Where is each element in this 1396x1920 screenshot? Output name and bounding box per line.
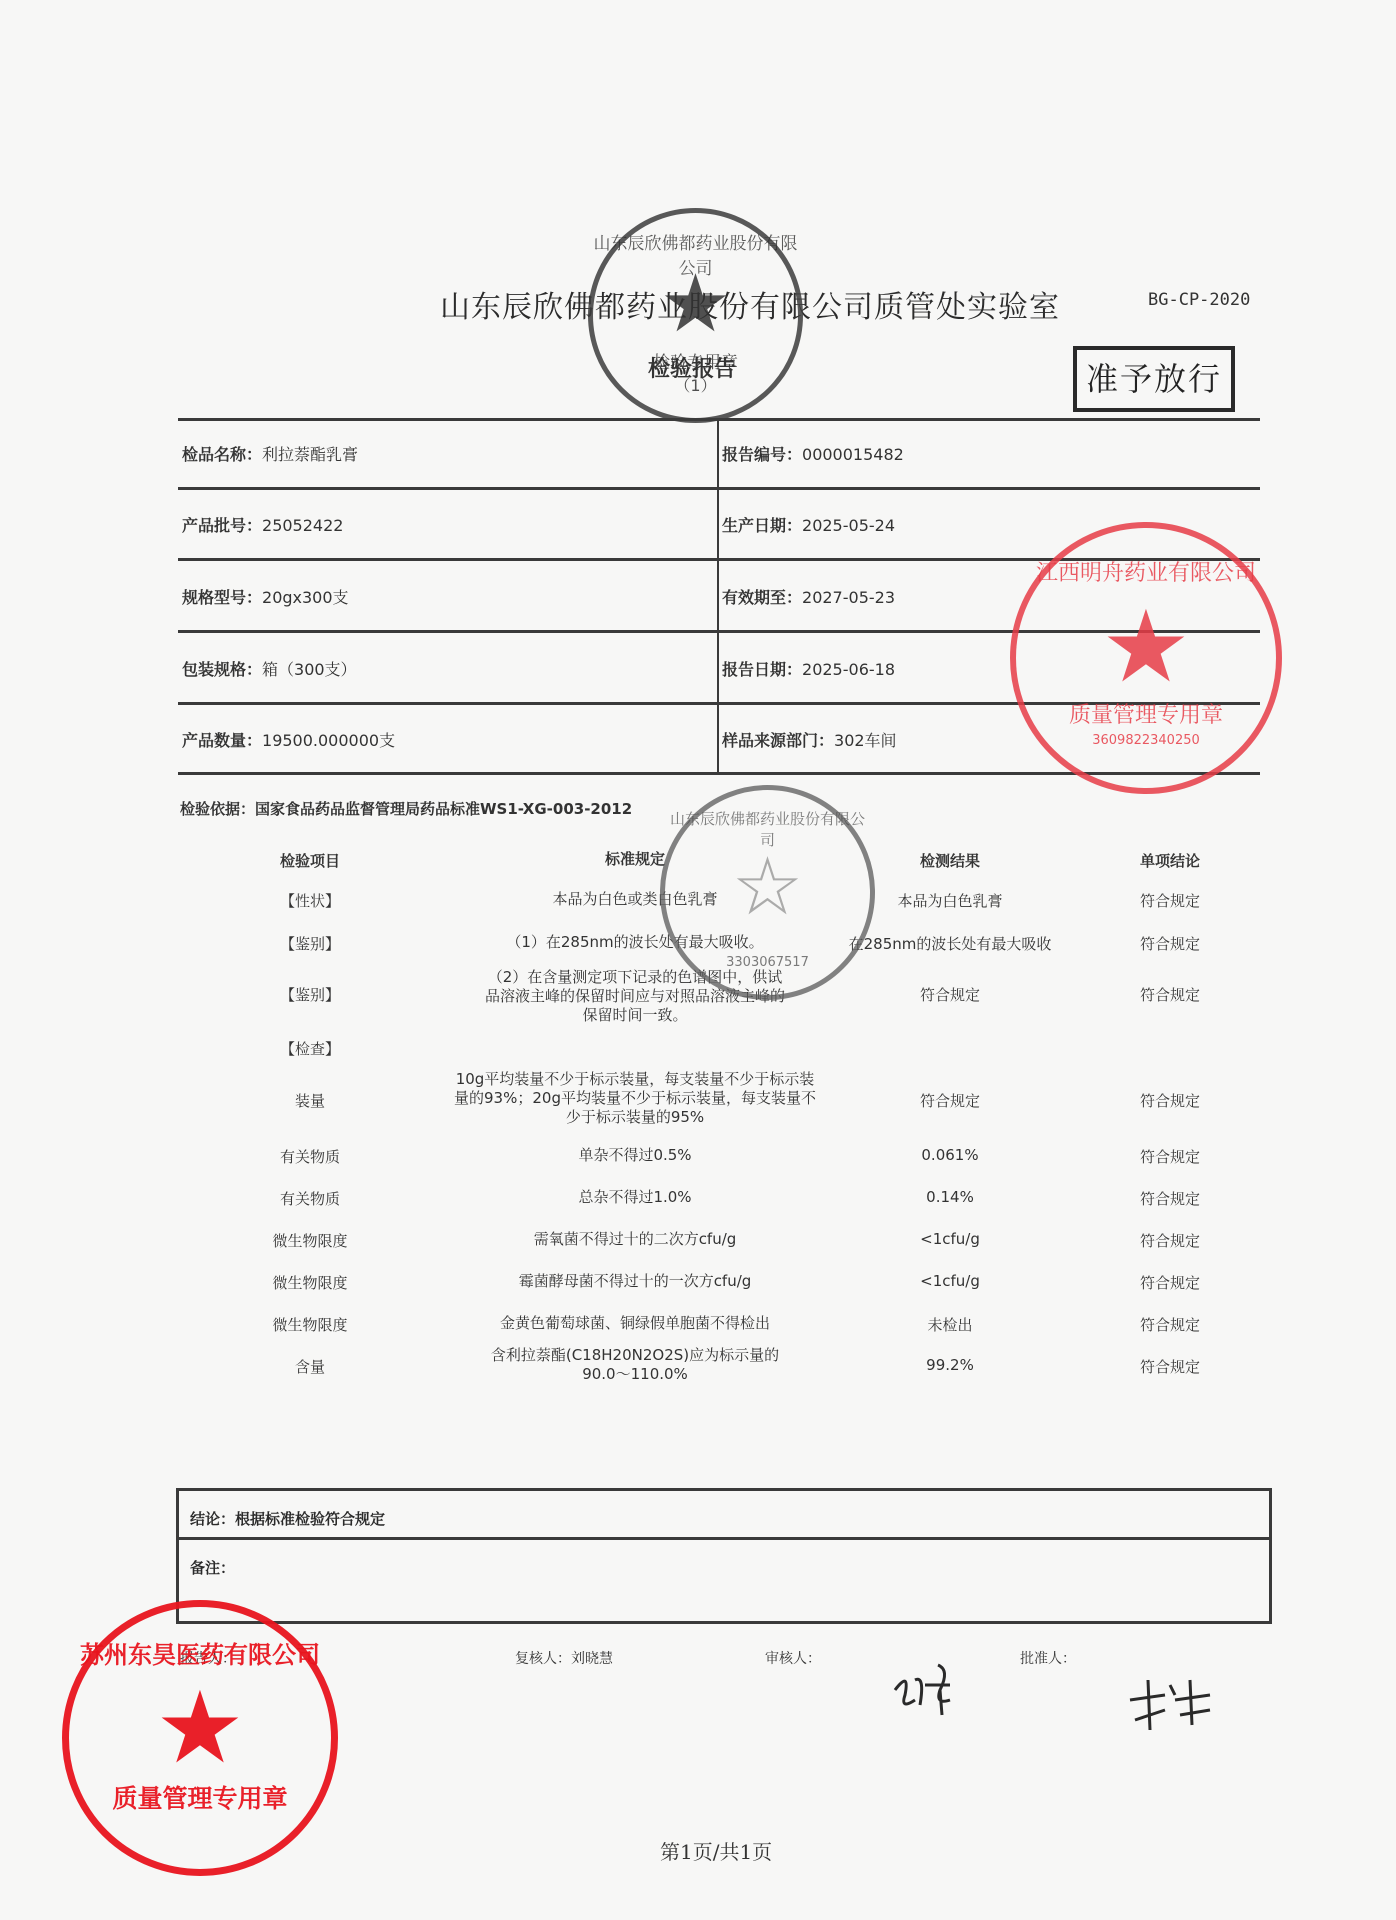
star-icon: ☆ [665, 840, 870, 933]
top-company-stamp: ★ 山东辰欣佛都药业股份有限公司 检验专用章 （1） [588, 208, 803, 423]
report-date-field: 报告日期：2025-06-18 [722, 657, 895, 680]
approver-signature [1120, 1665, 1230, 1740]
expiry-date-field: 有效期至：2027-05-23 [722, 585, 895, 608]
conclusion-text: 结论：根据标准检验符合规定 [190, 1508, 385, 1529]
release-approved-stamp: 准予放行 [1073, 346, 1235, 412]
jiangxi-quality-stamp: ★ 江西明舟药业有限公司 质量管理专用章 3609822340250 [1010, 522, 1282, 794]
batch-number-field: 产品批号：25052422 [182, 513, 343, 536]
inspection-report-page: 山东辰欣佛都药业股份有限公司质管处实验室 BG-CP-2020 检验报告 准予放… [0, 0, 1396, 1920]
sample-source-field: 样品来源部门：302车间 [722, 728, 897, 751]
auditor-label: 审核人： [765, 1648, 821, 1668]
remarks-label: 备注： [190, 1557, 235, 1578]
reviewer-field: 复核人：刘晓慧 [515, 1648, 613, 1668]
product-name-field: 检品名称：利拉萘酯乳膏 [182, 442, 358, 465]
inspection-basis: 检验依据：国家食品药品监督管理局药品标准WS1-XG-003-2012 [180, 798, 632, 819]
packaging-field: 包装规格：箱（300支） [182, 657, 357, 680]
document-code: BG-CP-2020 [1148, 290, 1250, 310]
report-number-field: 报告编号：0000015482 [722, 442, 904, 465]
divider [178, 487, 1260, 490]
approver-label: 批准人： [1020, 1648, 1076, 1668]
star-icon: ★ [69, 1669, 331, 1786]
middle-company-stamp: ☆ 山东辰欣佛都药业股份有限公司 3303067517 [660, 785, 875, 1000]
star-icon: ★ [1016, 588, 1276, 705]
quantity-field: 产品数量：19500.000000支 [182, 728, 395, 751]
suzhou-quality-stamp: ★ 苏州东昊医药有限公司 质量管理专用章 [62, 1600, 338, 1876]
column-divider [717, 418, 719, 774]
auditor-signature [880, 1650, 980, 1720]
specification-field: 规格型号：20gx300支 [182, 585, 349, 608]
page-number: 第1页/共1页 [660, 1836, 772, 1865]
production-date-field: 生产日期：2025-05-24 [722, 513, 895, 536]
